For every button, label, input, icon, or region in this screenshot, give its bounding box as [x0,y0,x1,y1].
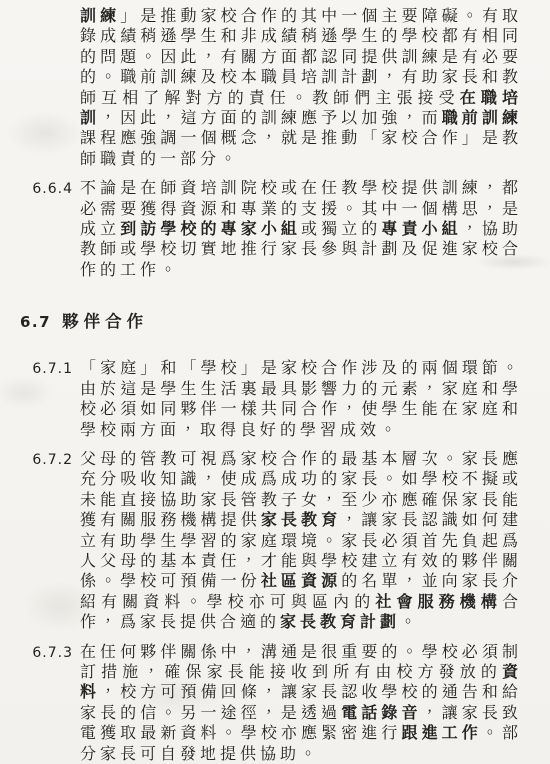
paragraph-number: 6.7.3 [32,643,73,663]
heading-number: 6.7 [20,313,51,331]
emphasized-term: 社區資源 [261,571,341,590]
paragraph-6.7.3: 6.7.3在任何夥伴關係中，溝通是很重要的。學校必須制訂措施，確保家長能接收到所… [80,642,522,764]
paragraph-text: 訓練」是推動家校合作的其中一個主要障礙。有取錄成績稍遜學生和非成績稍遜學生的學校… [80,6,522,168]
emphasized-term: 專責小組 [381,219,461,238]
document-body: 訓練」是推動家校合作的其中一個主要障礙。有取錄成績稍遜學生和非成績稍遜學生的學校… [0,0,550,764]
emphasized-term: 職前訓練 [442,108,522,127]
document-page: 訓練」是推動家校合作的其中一個主要障礙。有取錄成績稍遜學生和非成績稍遜學生的學校… [0,0,550,764]
emphasized-term: 家長教育計劃 [280,612,400,631]
paragraph-text: 不論是在師資培訓院校或在任教學校提供訓練，都必需要獲得資源和專業的支援。其中一個… [80,178,522,279]
text-segment: ，因此，這方面的訓練應予以加強，而 [100,108,442,127]
paragraph-text: 「家庭」和「學校」是家校合作涉及的兩個環節。由於這是學生生活裏最具影響力的元素，… [80,358,522,438]
paragraph-text: 在任何夥伴關係中，溝通是很重要的。學校必須制訂措施，確保家長能接收到所有由校方發… [80,642,522,763]
emphasized-term: 社會服務機構 [375,592,502,611]
emphasized-term: 家長教育 [261,510,341,529]
paragraph-6.6.4: 6.6.4不論是在師資培訓院校或在任教學校提供訓練，都必需要獲得資源和專業的支援… [80,178,522,280]
paragraph-text: 父母的管教可視爲家校合作的最基本層次。家長應充分吸收知識，使成爲成功的家長。如學… [80,449,522,631]
emphasized-term: 到訪學校的專家小組 [120,219,301,238]
emphasized-term: 電話錄音 [341,703,421,722]
paragraph-continued: 訓練」是推動家校合作的其中一個主要障礙。有取錄成績稍遜學生和非成績稍遜學生的學校… [80,6,522,169]
paragraph-6.7.2: 6.7.2父母的管教可視爲家校合作的最基本層次。家長應充分吸收知識，使成爲成功的… [80,449,522,633]
paragraph-6.7.1: 6.7.1「家庭」和「學校」是家校合作涉及的兩個環節。由於這是學生生活裏最具影響… [80,358,522,440]
emphasized-term: 跟進工作 [402,723,482,742]
section-heading: 6.7夥伴合作 [20,308,520,332]
paragraph-number: 6.7.1 [32,359,73,379]
text-segment: 」是推動家校合作的其中一個主要障礙。有取錄成績稍遜學生和非成績稍遜學生的學校都有… [80,6,522,107]
emphasized-term: 訓練 [80,6,120,25]
text-segment: 在任何夥伴關係中，溝通是很重要的。學校必須制訂措施，確保家長能接收到所有由校方發… [80,642,522,681]
text-segment: 或獨立的 [301,219,381,238]
paragraph-number: 6.7.2 [32,450,73,470]
heading-title: 夥伴合作 [62,312,148,331]
text-segment: 「家庭」和「學校」是家校合作涉及的兩個環節。由於這是學生生活裏最具影響力的元素，… [80,358,522,438]
text-segment: 課程應強調一個概念，就是推動「家校合作」是教師職責的一部分。 [80,128,522,167]
text-segment: 。 [400,612,420,631]
paragraph-number: 6.6.4 [32,179,73,199]
